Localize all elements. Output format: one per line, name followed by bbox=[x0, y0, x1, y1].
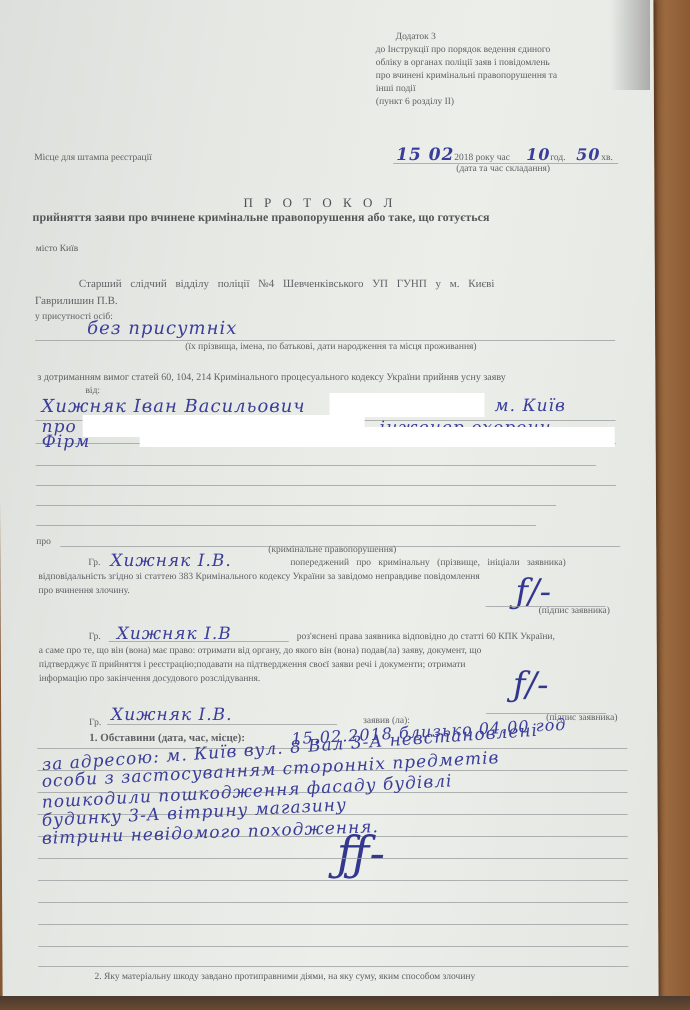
minutes-handwritten: 50 bbox=[576, 145, 600, 164]
rights-gr-label: Гр. bbox=[89, 632, 101, 642]
appendix-line: (пункт 6 розділу II) bbox=[376, 97, 454, 107]
blank-line bbox=[36, 505, 556, 506]
redaction-box bbox=[329, 393, 484, 417]
warning-text: про вчинення злочину. bbox=[38, 586, 129, 596]
rights-name-underline bbox=[109, 641, 289, 642]
appendix-line: до Інструкції про порядок ведення єдиног… bbox=[376, 45, 551, 55]
rights-text: підтверджує її прийняття і реєстрацію;по… bbox=[39, 660, 466, 670]
desk-edge bbox=[0, 996, 690, 1010]
statement-name-handwritten: Хижняк І.В. bbox=[111, 705, 233, 725]
appendix-line: інші події bbox=[376, 84, 416, 94]
statement-name-underline bbox=[107, 724, 337, 725]
applicant-signature: ƒ/‑ bbox=[513, 668, 549, 702]
applicant-signature: ƒƒ‑ bbox=[337, 830, 385, 876]
year-printed: 2018 року час bbox=[454, 153, 510, 163]
presence-handwritten: без присутніх bbox=[87, 318, 237, 339]
appendix-title: Додаток 3 bbox=[396, 32, 436, 42]
appendix-line: обліку в органах поліції заяв і повідомл… bbox=[376, 58, 550, 68]
protocol-page: Додаток 3 до Інструкції про порядок веде… bbox=[0, 0, 659, 998]
warning-gr-label: Гр. bbox=[88, 558, 100, 568]
warning-text: попереджений про кримінальну (прізвище, … bbox=[290, 558, 566, 568]
paper-corner-shadow bbox=[610, 0, 650, 90]
blank-line bbox=[38, 924, 628, 925]
about-label: про bbox=[36, 537, 51, 547]
date-handwritten: 15 02 bbox=[396, 145, 454, 165]
blank-line bbox=[38, 966, 628, 967]
page-title: П Р О Т О К О Л bbox=[243, 195, 396, 211]
rights-text: а саме про те, що він (вона) має право: … bbox=[39, 646, 482, 656]
blank-line bbox=[36, 525, 536, 526]
compliance-text: з дотриманням вимог статей 60, 104, 214 … bbox=[37, 372, 505, 383]
blank-line bbox=[36, 465, 596, 466]
stamp-place-label: Місце для штампа реєстрації bbox=[34, 153, 152, 163]
page-subtitle: прийняття заяви про вчинене кримінальне … bbox=[32, 210, 489, 225]
from-label: від: bbox=[85, 386, 100, 396]
city-label: місто Київ bbox=[36, 244, 79, 254]
blank-line bbox=[38, 946, 628, 947]
hour-label: год. bbox=[550, 153, 565, 163]
applicant-address-handwritten: м. Київ bbox=[494, 396, 565, 416]
rights-text: роз'яснені права заявника відповідно до … bbox=[297, 632, 555, 642]
presence-caption: (їх прізвища, імена, по батькові, дати н… bbox=[185, 342, 476, 352]
date-caption: (дата та час складання) bbox=[456, 164, 550, 174]
applicant-name-handwritten: Хижняк Іван Васильович bbox=[41, 396, 305, 417]
warning-text: відповідальність згідно зі статтею 383 К… bbox=[38, 572, 479, 582]
officer-line: Старший слідчий відділу поліції №4 Шевче… bbox=[79, 278, 495, 290]
presence-underline bbox=[35, 340, 615, 341]
blank-line bbox=[38, 880, 628, 881]
signature-caption: (підпис заявника) bbox=[539, 606, 610, 616]
officer-name: Гаврилишин П.В. bbox=[35, 295, 118, 307]
hour-handwritten: 10 bbox=[526, 145, 550, 164]
question-2: 2. Яку матеріальну шкоду завдано протипр… bbox=[94, 972, 475, 982]
minutes-label: хв. bbox=[601, 153, 613, 163]
applicant-line3-start: Фірм bbox=[42, 432, 91, 452]
rights-text: інформацію про закінчення досудового роз… bbox=[39, 674, 260, 684]
appendix-line: про вчинені кримінальні правопорушення т… bbox=[376, 71, 557, 81]
warning-name-handwritten: Хижняк І.В. bbox=[110, 551, 232, 571]
offense-caption: (кримінальне правопорушення) bbox=[268, 545, 396, 555]
redaction-box bbox=[140, 427, 615, 447]
blank-line bbox=[38, 858, 628, 859]
applicant-signature: ƒ/‑ bbox=[515, 575, 551, 609]
statement-gr-label: Гр. bbox=[89, 718, 101, 728]
blank-line bbox=[36, 485, 616, 486]
blank-line bbox=[38, 902, 628, 903]
